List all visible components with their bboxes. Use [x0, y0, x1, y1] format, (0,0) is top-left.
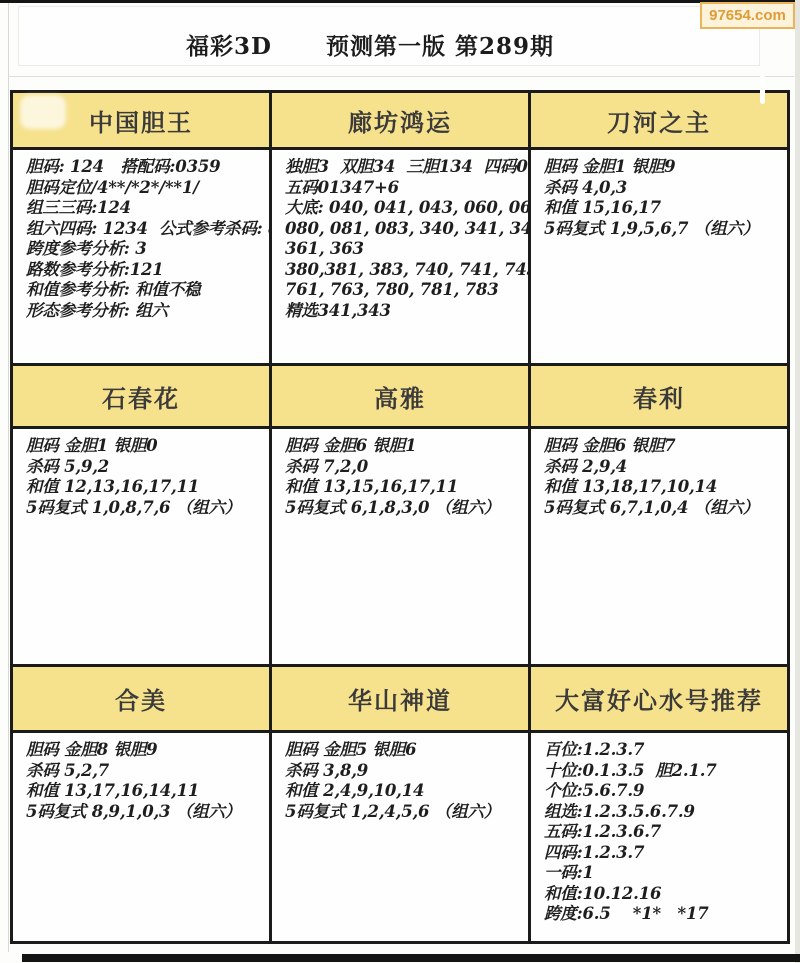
right-edge-strip	[795, 0, 800, 963]
text-line: 胆码 金胆6 银胆7	[544, 436, 781, 457]
text-line: 5码复式 1,2,4,5,6 （组六）	[285, 802, 522, 823]
text-line: 胆码 金胆8 银胆9	[26, 740, 263, 761]
text-line: 和值 2,4,9,10,14	[285, 781, 522, 802]
panel-content-shichunhua: 胆码 金胆1 银胆0杀码 5,9,2和值 12,13,16,17,115码复式 …	[13, 429, 269, 664]
text-line: 一码:1	[544, 863, 781, 884]
text-line: 胆码: 124 搭配码:0359	[26, 157, 263, 178]
text-line: 080, 081, 083, 340, 341, 343, 360,	[285, 219, 522, 240]
panel-header-hemei: 合美	[13, 667, 269, 730]
text-line: 和值:10.12.16	[544, 884, 781, 905]
text-line: 5码复式 1,9,5,6,7 （组六）	[544, 219, 781, 240]
text-line: 杀码 5,9,2	[26, 457, 263, 478]
panel-content-daohezhizhu: 胆码 金胆1 银胆9杀码 4,0,3和值 15,16,175码复式 1,9,5,…	[531, 150, 787, 363]
text-line: 杀码 7,2,0	[285, 457, 522, 478]
text-line: 5码复式 8,9,1,0,3 （组六）	[26, 802, 263, 823]
text-line: 十位:0.1.3.5 胆2.1.7	[544, 761, 781, 782]
text-line: 杀码 4,0,3	[544, 178, 781, 199]
panel-content-dafuhaoxinshui: 百位:1.2.3.7十位:0.1.3.5 胆2.1.7个位:5.6.7.9组选:…	[531, 733, 787, 941]
panel-content-huashanshendao: 胆码 金胆5 银胆6杀码 3,8,9和值 2,4,9,10,145码复式 1,2…	[272, 733, 528, 941]
panel-header-gaoya: 高雅	[272, 366, 528, 426]
text-line: 和值 12,13,16,17,11	[26, 477, 263, 498]
text-line: 胆码 金胆6 银胆1	[285, 436, 522, 457]
text-line: 杀码 2,9,4	[544, 457, 781, 478]
panel-content-chunli: 胆码 金胆6 银胆7杀码 2,9,4和值 13,18,17,10,145码复式 …	[531, 429, 787, 664]
text-line: 5码复式 1,0,8,7,6 （组六）	[26, 498, 263, 519]
panel-header-chunli: 春利	[531, 366, 787, 426]
panel-header-huashanshendao: 华山神道	[272, 667, 528, 730]
panel-header-langfanghongyun: 廊坊鸿运	[272, 93, 528, 147]
top-border-line	[0, 0, 800, 3]
text-line: 百位:1.2.3.7	[544, 740, 781, 761]
text-line: 5码复式 6,7,1,0,4 （组六）	[544, 498, 781, 519]
bottom-border-line	[22, 954, 800, 962]
text-line: 五码:1.2.3.6.7	[544, 822, 781, 843]
panel-header-shichunhua: 石春花	[13, 366, 269, 426]
text-line: 五码01347+6	[285, 178, 522, 199]
text-line: 精选341,343	[285, 301, 522, 322]
panel-header-dafuhaoxinshui: 大富好心水号推荐	[531, 667, 787, 730]
text-line: 组三三码:124	[26, 198, 263, 219]
text-cursor-artifact	[760, 74, 765, 104]
text-line: 5码复式 6,1,8,3,0 （组六）	[285, 498, 522, 519]
text-line: 和值 13,17,16,14,11	[26, 781, 263, 802]
text-line: 路数参考分析:121	[26, 260, 263, 281]
text-line: 380,381, 383, 740, 741, 743, 760,	[285, 260, 522, 281]
text-line: 胆码 金胆1 银胆9	[544, 157, 781, 178]
text-line: 个位:5.6.7.9	[544, 781, 781, 802]
text-line: 胆码 金胆5 银胆6	[285, 740, 522, 761]
text-line: 胆码 金胆1 银胆0	[26, 436, 263, 457]
text-line: 跨度:6.5 *1* *17	[544, 904, 781, 925]
panel-content-zhongguodanwang: 胆码: 124 搭配码:0359胆码定位/4**/*2*/**1/组三三码:12…	[13, 150, 269, 363]
panel-content-langfanghongyun: 独胆3 双胆34 三胆134 四码0134五码01347+6大底: 040, 0…	[272, 150, 528, 363]
text-line: 和值参考分析: 和值不稳	[26, 280, 263, 301]
watermark-badge: 97654.com	[700, 2, 795, 29]
text-line: 四码:1.2.3.7	[544, 843, 781, 864]
text-line: 361, 363	[285, 239, 522, 260]
text-line: 761, 763, 780, 781, 783	[285, 280, 522, 301]
scan-smudge	[20, 95, 66, 129]
text-line: 和值 13,18,17,10,14	[544, 477, 781, 498]
panel-content-hemei: 胆码 金胆8 银胆9杀码 5,2,7和值 13,17,16,14,115码复式 …	[13, 733, 269, 941]
header-divider-line	[8, 76, 794, 77]
page-title: 福彩3D 预测第一版 第289期	[10, 28, 730, 61]
panel-header-daohezhizhu: 刀河之主	[531, 93, 787, 147]
text-line: 独胆3 双胆34 三胆134 四码0134	[285, 157, 522, 178]
text-line: 组六四码: 1234 公式参考杀码: 8	[26, 219, 263, 240]
text-line: 杀码 3,8,9	[285, 761, 522, 782]
text-line: 胆码定位/4**/*2*/**1/	[26, 178, 263, 199]
text-line: 大底: 040, 041, 043, 060, 061, 063,	[285, 198, 522, 219]
text-line: 和值 15,16,17	[544, 198, 781, 219]
text-line: 形态参考分析: 组六	[26, 301, 263, 322]
left-scan-line	[8, 3, 9, 952]
panel-content-gaoya: 胆码 金胆6 银胆1杀码 7,2,0和值 13,15,16,17,115码复式 …	[272, 429, 528, 664]
text-line: 组选:1.2.3.5.6.7.9	[544, 802, 781, 823]
prediction-table: 中国胆王 廊坊鸿运 刀河之主 胆码: 124 搭配码:0359胆码定位/4**/…	[10, 90, 790, 944]
text-line: 杀码 5,2,7	[26, 761, 263, 782]
text-line: 跨度参考分析: 3	[26, 239, 263, 260]
text-line: 和值 13,15,16,17,11	[285, 477, 522, 498]
